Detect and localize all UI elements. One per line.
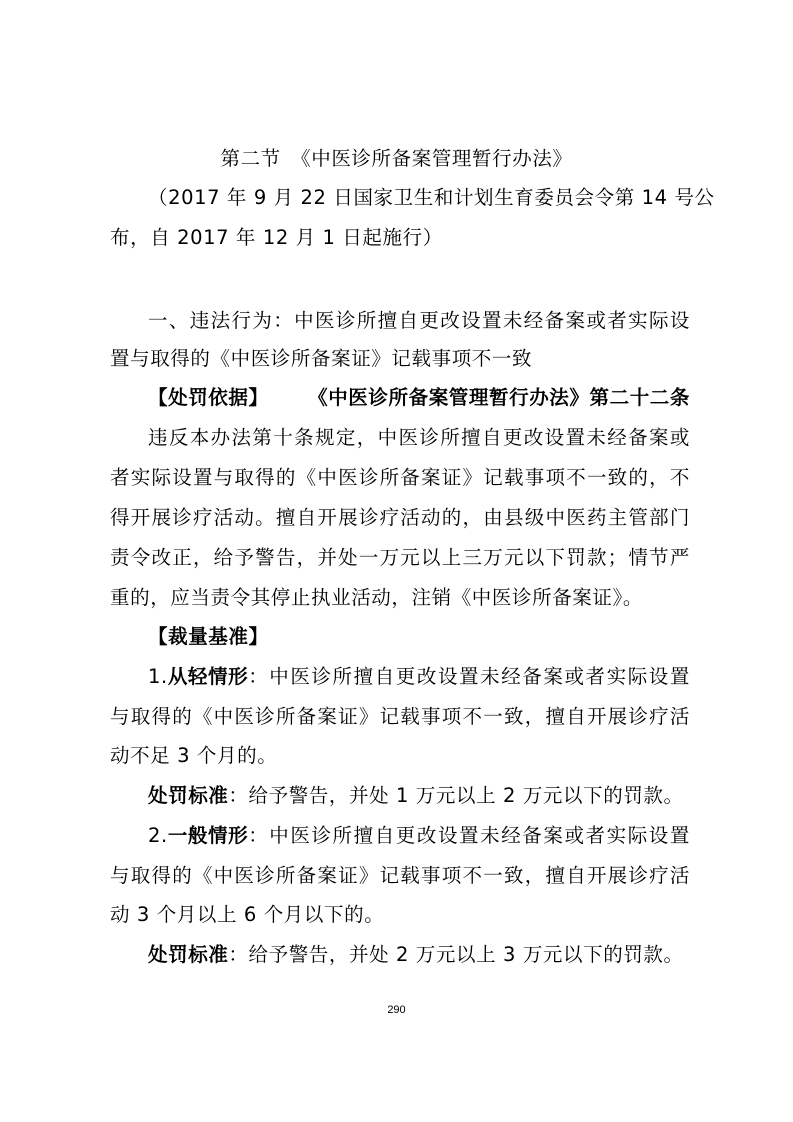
- section-title: 第二节 《中医诊所备案管理暂行办法》: [0, 147, 793, 171]
- level-2-title: 一般情形: [168, 824, 248, 848]
- level-2-heading: 2.一般情形：中医诊所擅自更改设置未经备案或者实际设置: [148, 824, 690, 848]
- level-1-standard: 处罚标准：给予警告，并处 1 万元以上 2 万元以下的罚款。: [148, 784, 728, 808]
- issuance-note-line-2: 布，自 2017 年 12 月 1 日起施行）: [110, 226, 690, 250]
- article-line-3: 得开展诊疗活动。擅自开展诊疗活动的，由县级中医药主管部门: [110, 506, 690, 530]
- issuance-note-line-1: （2017 年 9 月 22 日国家卫生和计划生育委员会令第 14 号公: [148, 186, 690, 210]
- level-2-line-1: ：中医诊所擅自更改设置未经备案或者实际设置: [248, 824, 690, 848]
- violation-line-2: 置与取得的《中医诊所备案证》记载事项不一致: [110, 347, 690, 371]
- level-2-line-3: 动 3 个月以上 6 个月以下的。: [110, 903, 690, 927]
- level-2-standard-label: 处罚标准: [148, 943, 228, 966]
- discretion-header: 【裁量基准】: [148, 625, 728, 649]
- article-line-5: 重的，应当责令其停止执业活动，注销《中医诊所备案证》。: [110, 586, 690, 610]
- level-2-standard-text: ：给予警告，并处 2 万元以上 3 万元以下的罚款。: [228, 943, 683, 966]
- level-2-number: 2.: [148, 824, 168, 848]
- level-1-line-2: 与取得的《中医诊所备案证》记载事项不一致，擅自开展诊疗活: [110, 705, 690, 729]
- level-2-standard: 处罚标准：给予警告，并处 2 万元以上 3 万元以下的罚款。: [148, 943, 728, 967]
- level-1-title: 从轻情形: [168, 665, 248, 689]
- level-1-line-3: 动不足 3 个月的。: [110, 744, 690, 768]
- level-2-line-2: 与取得的《中医诊所备案证》记载事项不一致，擅自开展诊疗活: [110, 864, 690, 888]
- level-1-line-1: ：中医诊所擅自更改设置未经备案或者实际设置: [248, 665, 690, 689]
- level-1-heading: 1.从轻情形：中医诊所擅自更改设置未经备案或者实际设置: [148, 665, 690, 689]
- article-line-2: 者实际设置与取得的《中医诊所备案证》记载事项不一致的，不: [110, 466, 690, 490]
- article-line-4: 责令改正，给予警告，并处一万元以上三万元以下罚款；情节严: [110, 546, 690, 570]
- violation-line-1: 一、违法行为：中医诊所擅自更改设置未经备案或者实际设: [148, 309, 690, 333]
- article-line-1: 违反本办法第十条规定，中医诊所擅自更改设置未经备案或: [148, 426, 690, 450]
- page-number: 290: [0, 1004, 793, 1016]
- level-1-standard-text: ：给予警告，并处 1 万元以上 2 万元以下的罚款。: [228, 784, 683, 807]
- level-1-number: 1.: [148, 665, 168, 689]
- penalty-basis-label: 【处罚依据】: [148, 386, 269, 410]
- penalty-basis-reference: 《中医诊所备案管理暂行办法》第二十二条: [308, 386, 690, 410]
- penalty-basis: 【处罚依据】 《中医诊所备案管理暂行办法》第二十二条: [148, 386, 690, 410]
- level-1-standard-label: 处罚标准: [148, 784, 228, 807]
